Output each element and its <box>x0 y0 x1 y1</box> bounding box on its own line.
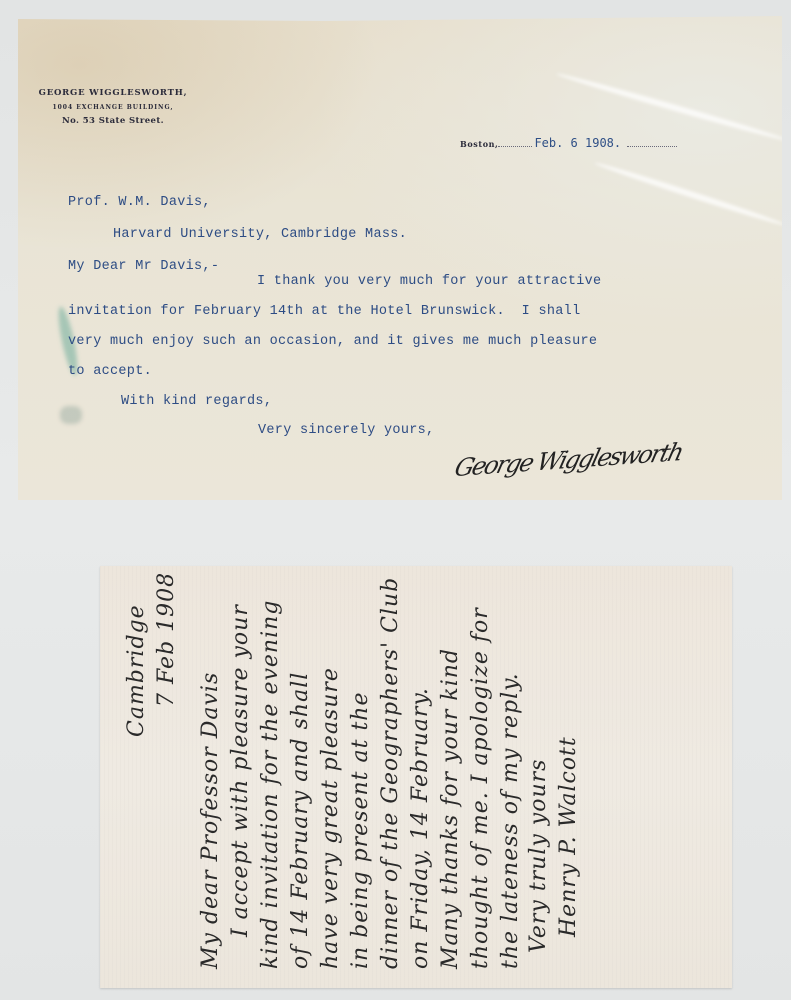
typed-letter: GEORGE WIGGLESWORTH, 1004 EXCHANGE BUILD… <box>18 16 782 500</box>
signature: George Wigglesworth <box>452 438 685 482</box>
dotted-rule <box>627 146 677 147</box>
body-line: very much enjoy such an occasion, and it… <box>68 334 597 349</box>
letterhead-street: No. 53 State Street. <box>18 116 208 126</box>
letterhead-building: 1004 EXCHANGE BUILDING, <box>18 104 208 111</box>
valediction: Very sincerely yours, <box>258 423 434 438</box>
note-line: the lateness of my reply. <box>498 672 523 969</box>
note-line: on Friday, 14 February. <box>408 687 433 969</box>
note-line: I accept with pleasure your <box>228 604 253 937</box>
letterhead: GEORGE WIGGLESWORTH, 1004 EXCHANGE BUILD… <box>18 88 208 126</box>
note-line: of 14 February and shall <box>288 672 313 969</box>
note-line: have very great pleasure <box>318 667 343 969</box>
body-line: I thank you very much for your attractiv… <box>257 274 601 289</box>
dateline-city: Boston, <box>460 139 498 149</box>
handwritten-note-content: Cambridge 7 Feb 1908 My dear Professor D… <box>106 577 726 977</box>
note-place: Cambridge <box>124 604 149 737</box>
note-date: 7 Feb 1908 <box>154 572 179 707</box>
body-line: to accept. <box>68 364 152 379</box>
dateline-date: Feb. 6 1908. <box>532 136 623 150</box>
body-line: invitation for February 14th at the Hote… <box>68 304 580 319</box>
note-line: Very truly yours <box>526 759 551 953</box>
ink-stain <box>60 406 82 424</box>
salutation: My Dear Mr Davis,- <box>68 259 219 274</box>
note-line: thought of me. I apologize for <box>468 607 493 969</box>
recipient-address: Harvard University, Cambridge Mass. <box>113 227 407 242</box>
note-line: dinner of the Geographers' Club <box>378 577 403 969</box>
paper-crease <box>594 160 786 228</box>
handwritten-note: Cambridge 7 Feb 1908 My dear Professor D… <box>100 566 732 988</box>
paper-crease <box>556 71 788 143</box>
letterhead-name: GEORGE WIGGLESWORTH, <box>18 88 208 98</box>
note-line: Many thanks for your kind <box>438 648 463 969</box>
note-line: My dear Professor Davis <box>198 672 223 969</box>
closing: With kind regards, <box>121 394 272 409</box>
dotted-rule <box>498 146 532 147</box>
note-signature: Henry P. Walcott <box>556 736 581 937</box>
dateline: Boston, Feb. 6 1908. <box>460 136 677 150</box>
note-line: kind invitation for the evening <box>258 600 283 969</box>
note-line: in being present at the <box>348 692 373 970</box>
recipient-name: Prof. W.M. Davis, <box>68 195 211 210</box>
